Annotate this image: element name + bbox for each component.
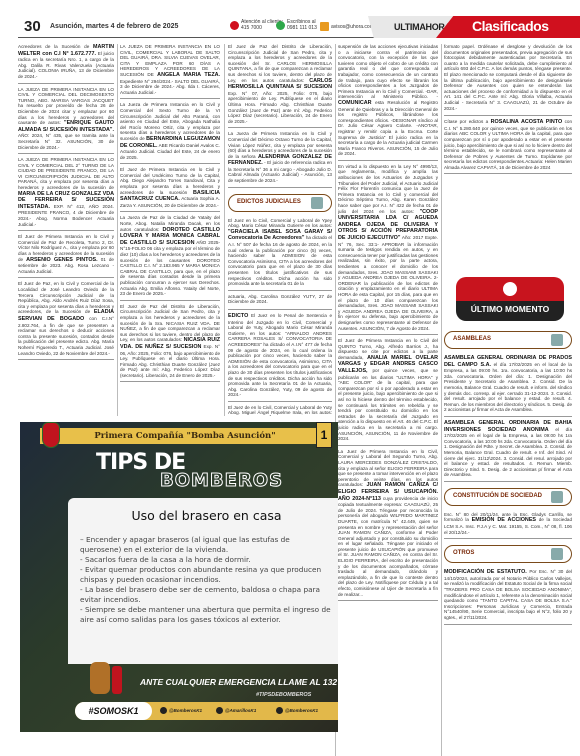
column-5-lower: ASAMBLEASASAMBLEA GENERAL ORDINARIA DE P… — [444, 325, 572, 745]
hashtag-text: #TIPSDEBOMBEROS — [256, 692, 311, 698]
legal-notice: La Jueza de Primera Instancia en lo Civi… — [228, 131, 332, 187]
section-icon — [551, 491, 563, 503]
legal-notice: LA JUEZA DE PRIMERA INSTANCIA EN LO CIVI… — [18, 157, 114, 231]
crest-icon — [42, 422, 60, 448]
contact-whatsapp: Escríbinos al0981 111 013 — [276, 19, 317, 31]
legal-notice: El Juez de Paz del Distrito de Liberació… — [120, 304, 220, 383]
ad-tips-card: Uso del brasero en casa – Encender y apa… — [68, 498, 338, 664]
k1-badge-icon: 1 — [316, 422, 332, 448]
legal-notice: La Jueza de Primera Instancia en lo Civi… — [120, 102, 220, 164]
mascot-icon — [90, 662, 110, 694]
legal-notice: La Juez de Primera Instancia en lo Civil… — [338, 449, 438, 601]
ultimo-momento-banner[interactable]: ÚLTIMO MOMENTO — [456, 277, 564, 321]
section-icon — [551, 334, 563, 346]
legal-notice: LA JUEZA DE PRIMERA INSTANCIA EN LO CIVI… — [120, 44, 220, 99]
column-1: Acreedores de la Sucesión de MARTIN WELT… — [18, 44, 114, 414]
legal-notice: actuaria, Abg. Carolina González YUTY, 2… — [228, 294, 332, 310]
somos-tag: #SOMOSK1 — [75, 702, 152, 720]
section-icon — [311, 197, 323, 209]
legal-notice: Esc. N° 80 del 20/11/24, ante la Esc. Gl… — [444, 512, 572, 539]
ad-banner: Primera Compañía "Bomba Asunción" — [40, 428, 330, 444]
tip-item: - Sacarlos fuera de la casa a la hora de… — [80, 555, 333, 565]
social-facebook[interactable]: @AmarillosK1 — [216, 707, 256, 714]
mail-icon — [320, 22, 329, 31]
legal-notice: ASAMBLEA GENERAL ORDINARIA DE BAHIA INVE… — [444, 420, 572, 482]
section-header-constitución-de-sociedad: CONSTITUCIÓN DE SOCIEDAD — [444, 488, 572, 506]
social-twitter[interactable]: @BomberosK1 — [276, 707, 318, 714]
ad-title-2: BOMBEROS — [160, 470, 283, 491]
whatsapp-icon — [276, 21, 285, 30]
legal-notice: El Juez de Paz, en lo Civil y Comercial … — [18, 281, 114, 360]
ad-heading: Uso del brasero en casa — [80, 508, 333, 523]
legal-notice: El Juez de Paz del Distrito de Liberació… — [228, 44, 332, 128]
tip-item: - La base del brasero debe ser de cement… — [80, 585, 333, 605]
tip-item: - Siempre se debe mantener una abertura … — [80, 605, 333, 625]
section-header-asambleas: ASAMBLEAS — [444, 331, 572, 349]
section-header-edictos-judiciales: EDICTOS JUDICIALES — [228, 194, 332, 212]
column-3: El Juez de Paz del Distrito de Liberació… — [228, 44, 332, 416]
twitter-icon — [276, 707, 283, 714]
page-number: 30 — [24, 18, 41, 35]
phone-icon — [230, 21, 239, 30]
bomberos-ad: Primera Compañía "Bomba Asunción" 1 TIPS… — [20, 422, 338, 732]
section-icon — [551, 548, 563, 560]
column-2: LA JUEZA DE PRIMERA INSTANCIA EN LO CIVI… — [120, 44, 220, 416]
legal-notice: El Juez de Primera Instancia en lo Civil… — [18, 234, 114, 278]
tip-item: - Evitar quemar productos con abundante … — [80, 565, 333, 585]
column-4: suspensión de las acciones ejecutivas in… — [338, 44, 438, 756]
emergency-text: ANTE CUALQUIER EMERGENCIA LLAME AL 132 — [140, 677, 337, 687]
legal-notice: El Juez de Primera Instancia en lo Civil… — [120, 167, 220, 212]
social-instagram[interactable]: @BomberosK1 — [160, 707, 202, 714]
legal-notice: LA JUEZA DE PRIMERA INSTANCIA EN LO CIVI… — [18, 87, 114, 155]
section-header-otros: OTROS — [444, 545, 572, 563]
legal-notice: MODIFICACIÓN DE ESTATUTO. Por Esc. N° 30… — [444, 569, 572, 624]
legal-notice: En virtud a lo dispuesto en la Ley N° 49… — [338, 164, 438, 335]
legal-notice: suspensión de las acciones ejecutivas in… — [338, 44, 438, 161]
legal-notice: El Juez de Primera Instancia en lo Civil… — [338, 338, 438, 446]
tip-item: – Encender y apagar braseros (al igual q… — [80, 535, 333, 555]
legal-notice: EDICTO El Juez en lo Penal de Sentencia … — [228, 313, 332, 402]
legal-notice: El Juez en lo Civil, Comercial y Laboral… — [228, 218, 332, 291]
hydrant-icon — [112, 666, 122, 694]
publication-date: Asunción, martes 4 de febrero de 2025 — [50, 23, 178, 30]
legal-notice: La Jueza de Paz de la Ciudad de Yataity … — [120, 215, 220, 300]
instagram-icon — [160, 707, 167, 714]
legal-notice: El Juez de en lo Civil, Comercial y Labo… — [228, 405, 332, 416]
clock-icon — [503, 282, 517, 296]
legal-notice: formato papel. Ordénase el desglose y de… — [444, 44, 572, 116]
legal-notice: Cítase por edictos a ROSALINA ACOSTA PIN… — [444, 119, 572, 174]
page-header: 30 Asunción, martes 4 de febrero de 2025… — [18, 16, 580, 38]
section-title: Clasificados — [436, 16, 580, 38]
facebook-icon — [216, 707, 223, 714]
column-5: formato papel. Ordénase el desglose y de… — [444, 44, 572, 224]
legal-notice: ASAMBLEA GENERAL ORDINARIA DE PRADOS DEL… — [444, 355, 572, 417]
legal-notice: Acreedores de la Sucesión de MARTIN WELT… — [18, 44, 114, 84]
